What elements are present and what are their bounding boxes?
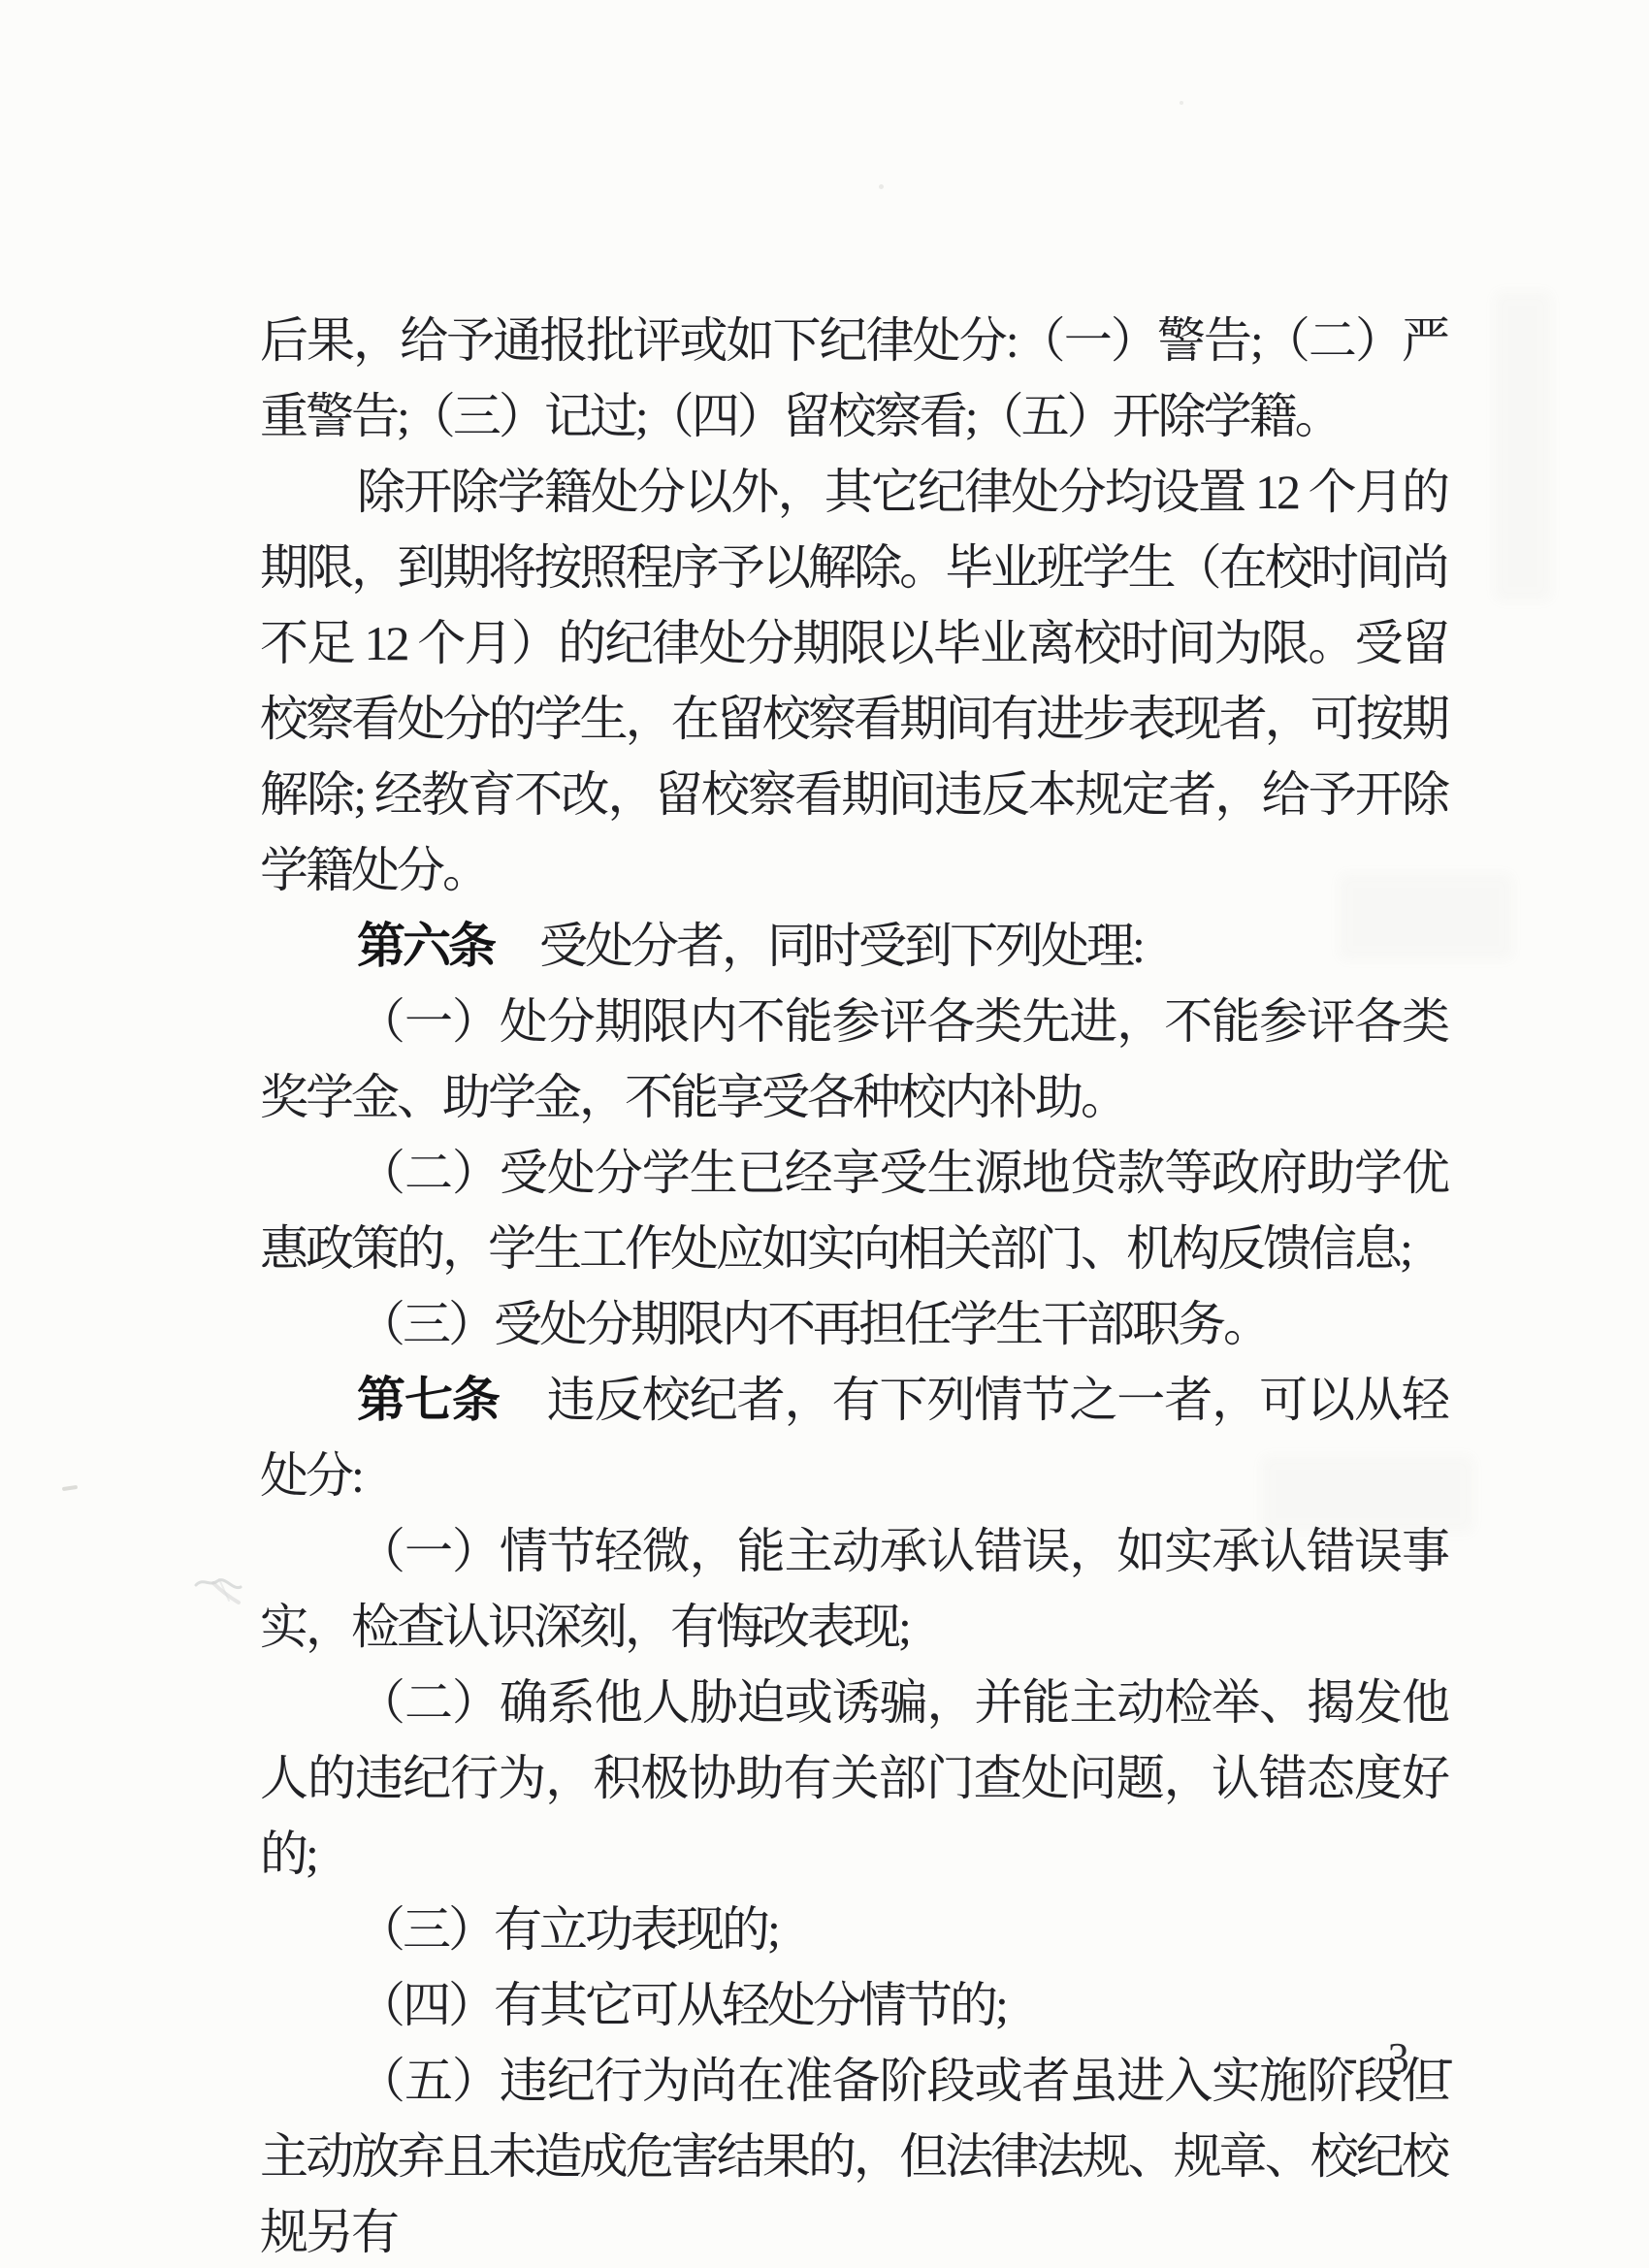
scan-speck bbox=[879, 184, 884, 189]
paragraph: （三）有立功表现的; bbox=[260, 1892, 1447, 1967]
paragraph: （四）有其它可从轻处分情节的; bbox=[260, 1967, 1447, 2043]
article-number: 第六条 bbox=[357, 919, 494, 973]
page-number: - 3 - bbox=[1343, 2033, 1455, 2084]
paragraph: （一）处分期限内不能参评各类先进，不能参评各类奖学金、助学金，不能享受各种校内补… bbox=[260, 984, 1447, 1135]
scan-speck bbox=[1180, 101, 1183, 105]
paragraph: （二）受处分学生已经享受生源地贷款等政府助学优惠政策的，学生工作处应如实向相关部… bbox=[260, 1135, 1447, 1286]
bleed-through-ghost bbox=[1261, 1455, 1474, 1533]
bleed-through-ghost bbox=[1494, 291, 1552, 601]
pencil-smudge-icon bbox=[190, 1558, 260, 1614]
paragraph: （一）情节轻微，能主动承认错误，如实承认错误事实，检查认识深刻，有悔改表现; bbox=[260, 1513, 1447, 1665]
paragraph: 后果，给予通报批评或如下纪律处分:（一）警告;（二）严重警告;（三）记过;（四）… bbox=[260, 303, 1447, 454]
paragraph: （二）确系他人胁迫或诱骗，并能主动检举、揭发他人的违纪行为，积极协助有关部门查处… bbox=[260, 1665, 1447, 1892]
article-number: 第七条 bbox=[357, 1373, 500, 1427]
scan-mark bbox=[62, 1485, 78, 1491]
paragraph: （五）违纪行为尚在准备阶段或者虽进入实施阶段但主动放弃且未造成危害结果的，但法律… bbox=[260, 2043, 1447, 2268]
scan-speck bbox=[568, 1639, 573, 1643]
paragraph: 除开除学籍处分以外，其它纪律处分均设置 12 个月的期限，到期将按照程序予以解除… bbox=[260, 454, 1447, 908]
document-body: 后果，给予通报批评或如下纪律处分:（一）警告;（二）严重警告;（三）记过;（四）… bbox=[260, 303, 1447, 2268]
bleed-through-ghost bbox=[1339, 873, 1513, 960]
paragraph: 第六条 受处分者，同时受到下列处理: bbox=[260, 908, 1447, 984]
scanned-document-page: 后果，给予通报批评或如下纪律处分:（一）警告;（二）严重警告;（三）记过;（四）… bbox=[0, 0, 1649, 2268]
paragraph: （三）受处分期限内不再担任学生干部职务。 bbox=[260, 1286, 1447, 1362]
